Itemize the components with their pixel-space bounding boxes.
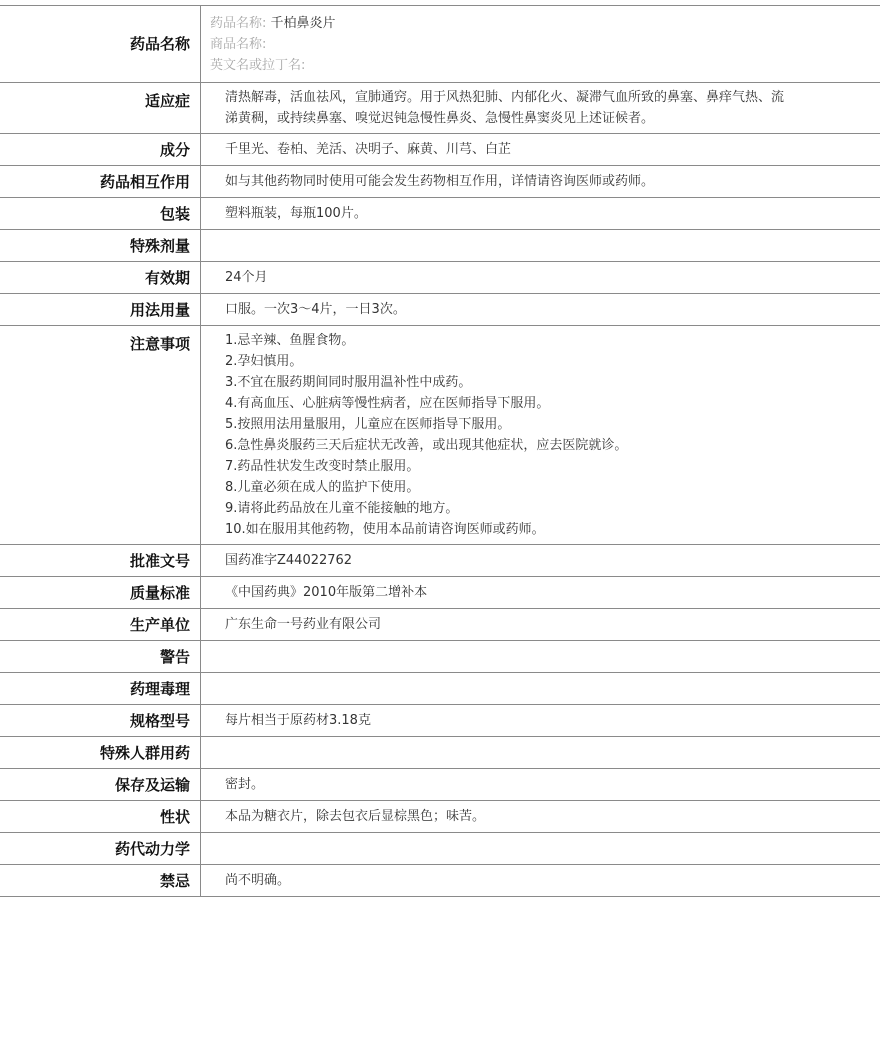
trade-name-line: 商品名称: <box>210 34 880 55</box>
row-label: 禁忌 <box>0 865 201 897</box>
row-value: 国药准字Z44022762 <box>201 545 880 577</box>
row-storage: 保存及运输 密封。 <box>0 769 880 801</box>
precaution-item: 2.孕妇慎用。 <box>225 351 880 372</box>
row-label: 性状 <box>0 801 201 833</box>
row-value: 《中国药典》2010年版第二增补本 <box>201 577 880 609</box>
row-value: 塑料瓶装，每瓶100片。 <box>201 198 880 230</box>
generic-name-label: 药品名称: <box>210 16 266 31</box>
precaution-item: 8.儿童必须在成人的监护下使用。 <box>225 477 880 498</box>
row-specification: 规格型号 每片相当于原药材3.18克 <box>0 705 880 737</box>
row-indications: 适应症 清热解毒，活血祛风，宣肺通窍。用于风热犯肺、内郁化火、凝滞气血所致的鼻塞… <box>0 83 880 134</box>
row-value: 清热解毒，活血祛风，宣肺通窍。用于风热犯肺、内郁化火、凝滞气血所致的鼻塞、鼻痒气… <box>201 83 880 134</box>
row-pharmacokinetics: 药代动力学 <box>0 833 880 865</box>
row-packaging: 包装 塑料瓶装，每瓶100片。 <box>0 198 880 230</box>
row-value: 如与其他药物同时使用可能会发生药物相互作用，详情请咨询医师或药师。 <box>201 166 880 198</box>
row-value: 每片相当于原药材3.18克 <box>201 705 880 737</box>
precaution-item: 1.忌辛辣、鱼腥食物。 <box>225 330 880 351</box>
row-label: 规格型号 <box>0 705 201 737</box>
row-value: 本品为糖衣片，除去包衣后显棕黑色；味苦。 <box>201 801 880 833</box>
row-contraindications: 禁忌 尚不明确。 <box>0 865 880 897</box>
precaution-item: 5.按照用法用量服用，儿童应在医师指导下服用。 <box>225 414 880 435</box>
row-value <box>201 737 880 769</box>
row-interactions: 药品相互作用 如与其他药物同时使用可能会发生药物相互作用，详情请咨询医师或药师。 <box>0 166 880 198</box>
row-label: 警告 <box>0 641 201 673</box>
row-label: 特殊人群用药 <box>0 737 201 769</box>
row-value: 尚不明确。 <box>201 865 880 897</box>
row-usage: 用法用量 口服。一次3～4片，一日3次。 <box>0 294 880 326</box>
row-label: 药品名称 <box>0 6 201 83</box>
row-value <box>201 673 880 705</box>
row-ingredients: 成分 千里光、卷柏、羌活、决明子、麻黄、川芎、白芷 <box>0 134 880 166</box>
row-warning: 警告 <box>0 641 880 673</box>
row-description: 性状 本品为糖衣片，除去包衣后显棕黑色；味苦。 <box>0 801 880 833</box>
latin-name-label: 英文名或拉丁名: <box>210 58 305 73</box>
row-label: 质量标准 <box>0 577 201 609</box>
row-pharmacology: 药理毒理 <box>0 673 880 705</box>
row-label: 批准文号 <box>0 545 201 577</box>
precaution-item: 7.药品性状发生改变时禁止服用。 <box>225 456 880 477</box>
row-label: 药品相互作用 <box>0 166 201 198</box>
row-value: 千里光、卷柏、羌活、决明子、麻黄、川芎、白芷 <box>201 134 880 166</box>
row-label: 成分 <box>0 134 201 166</box>
row-value: 密封。 <box>201 769 880 801</box>
row-precautions: 注意事项 1.忌辛辣、鱼腥食物。 2.孕妇慎用。 3.不宜在服药期间同时服用温补… <box>0 326 880 545</box>
row-value: 24个月 <box>201 262 880 294</box>
trade-name-label: 商品名称: <box>210 37 266 52</box>
row-label: 注意事项 <box>0 326 201 545</box>
row-label: 药理毒理 <box>0 673 201 705</box>
precaution-item: 3.不宜在服药期间同时服用温补性中成药。 <box>225 372 880 393</box>
row-value: 口服。一次3～4片，一日3次。 <box>201 294 880 326</box>
row-label: 生产单位 <box>0 609 201 641</box>
row-special-population: 特殊人群用药 <box>0 737 880 769</box>
drug-spec-table: 药品名称 药品名称: 千柏鼻炎片 商品名称: 英文名或拉丁名: 适应症 清热解毒… <box>0 5 880 897</box>
row-approval-number: 批准文号 国药准字Z44022762 <box>0 545 880 577</box>
row-label: 适应症 <box>0 83 201 134</box>
row-drug-name: 药品名称 药品名称: 千柏鼻炎片 商品名称: 英文名或拉丁名: <box>0 6 880 83</box>
row-shelf-life: 有效期 24个月 <box>0 262 880 294</box>
generic-name-value: 千柏鼻炎片 <box>271 16 336 31</box>
row-label: 特殊剂量 <box>0 230 201 262</box>
generic-name-line: 药品名称: 千柏鼻炎片 <box>210 13 880 34</box>
row-label: 用法用量 <box>0 294 201 326</box>
row-label: 药代动力学 <box>0 833 201 865</box>
row-quality-standard: 质量标准 《中国药典》2010年版第二增补本 <box>0 577 880 609</box>
precaution-item: 10.如在服用其他药物，使用本品前请咨询医师或药师。 <box>225 519 880 540</box>
row-label: 有效期 <box>0 262 201 294</box>
row-value: 广东生命一号药业有限公司 <box>201 609 880 641</box>
precaution-item: 4.有高血压、心脏病等慢性病者，应在医师指导下服用。 <box>225 393 880 414</box>
row-label: 包装 <box>0 198 201 230</box>
row-value <box>201 641 880 673</box>
row-value <box>201 833 880 865</box>
precaution-item: 6.急性鼻炎服药三天后症状无改善，或出现其他症状，应去医院就诊。 <box>225 435 880 456</box>
row-manufacturer: 生产单位 广东生命一号药业有限公司 <box>0 609 880 641</box>
row-value: 1.忌辛辣、鱼腥食物。 2.孕妇慎用。 3.不宜在服药期间同时服用温补性中成药。… <box>201 326 880 545</box>
row-value <box>201 230 880 262</box>
latin-name-line: 英文名或拉丁名: <box>210 55 880 76</box>
row-special-dosage: 特殊剂量 <box>0 230 880 262</box>
precaution-item: 9.请将此药品放在儿童不能接触的地方。 <box>225 498 880 519</box>
row-value: 药品名称: 千柏鼻炎片 商品名称: 英文名或拉丁名: <box>201 6 880 83</box>
row-label: 保存及运输 <box>0 769 201 801</box>
